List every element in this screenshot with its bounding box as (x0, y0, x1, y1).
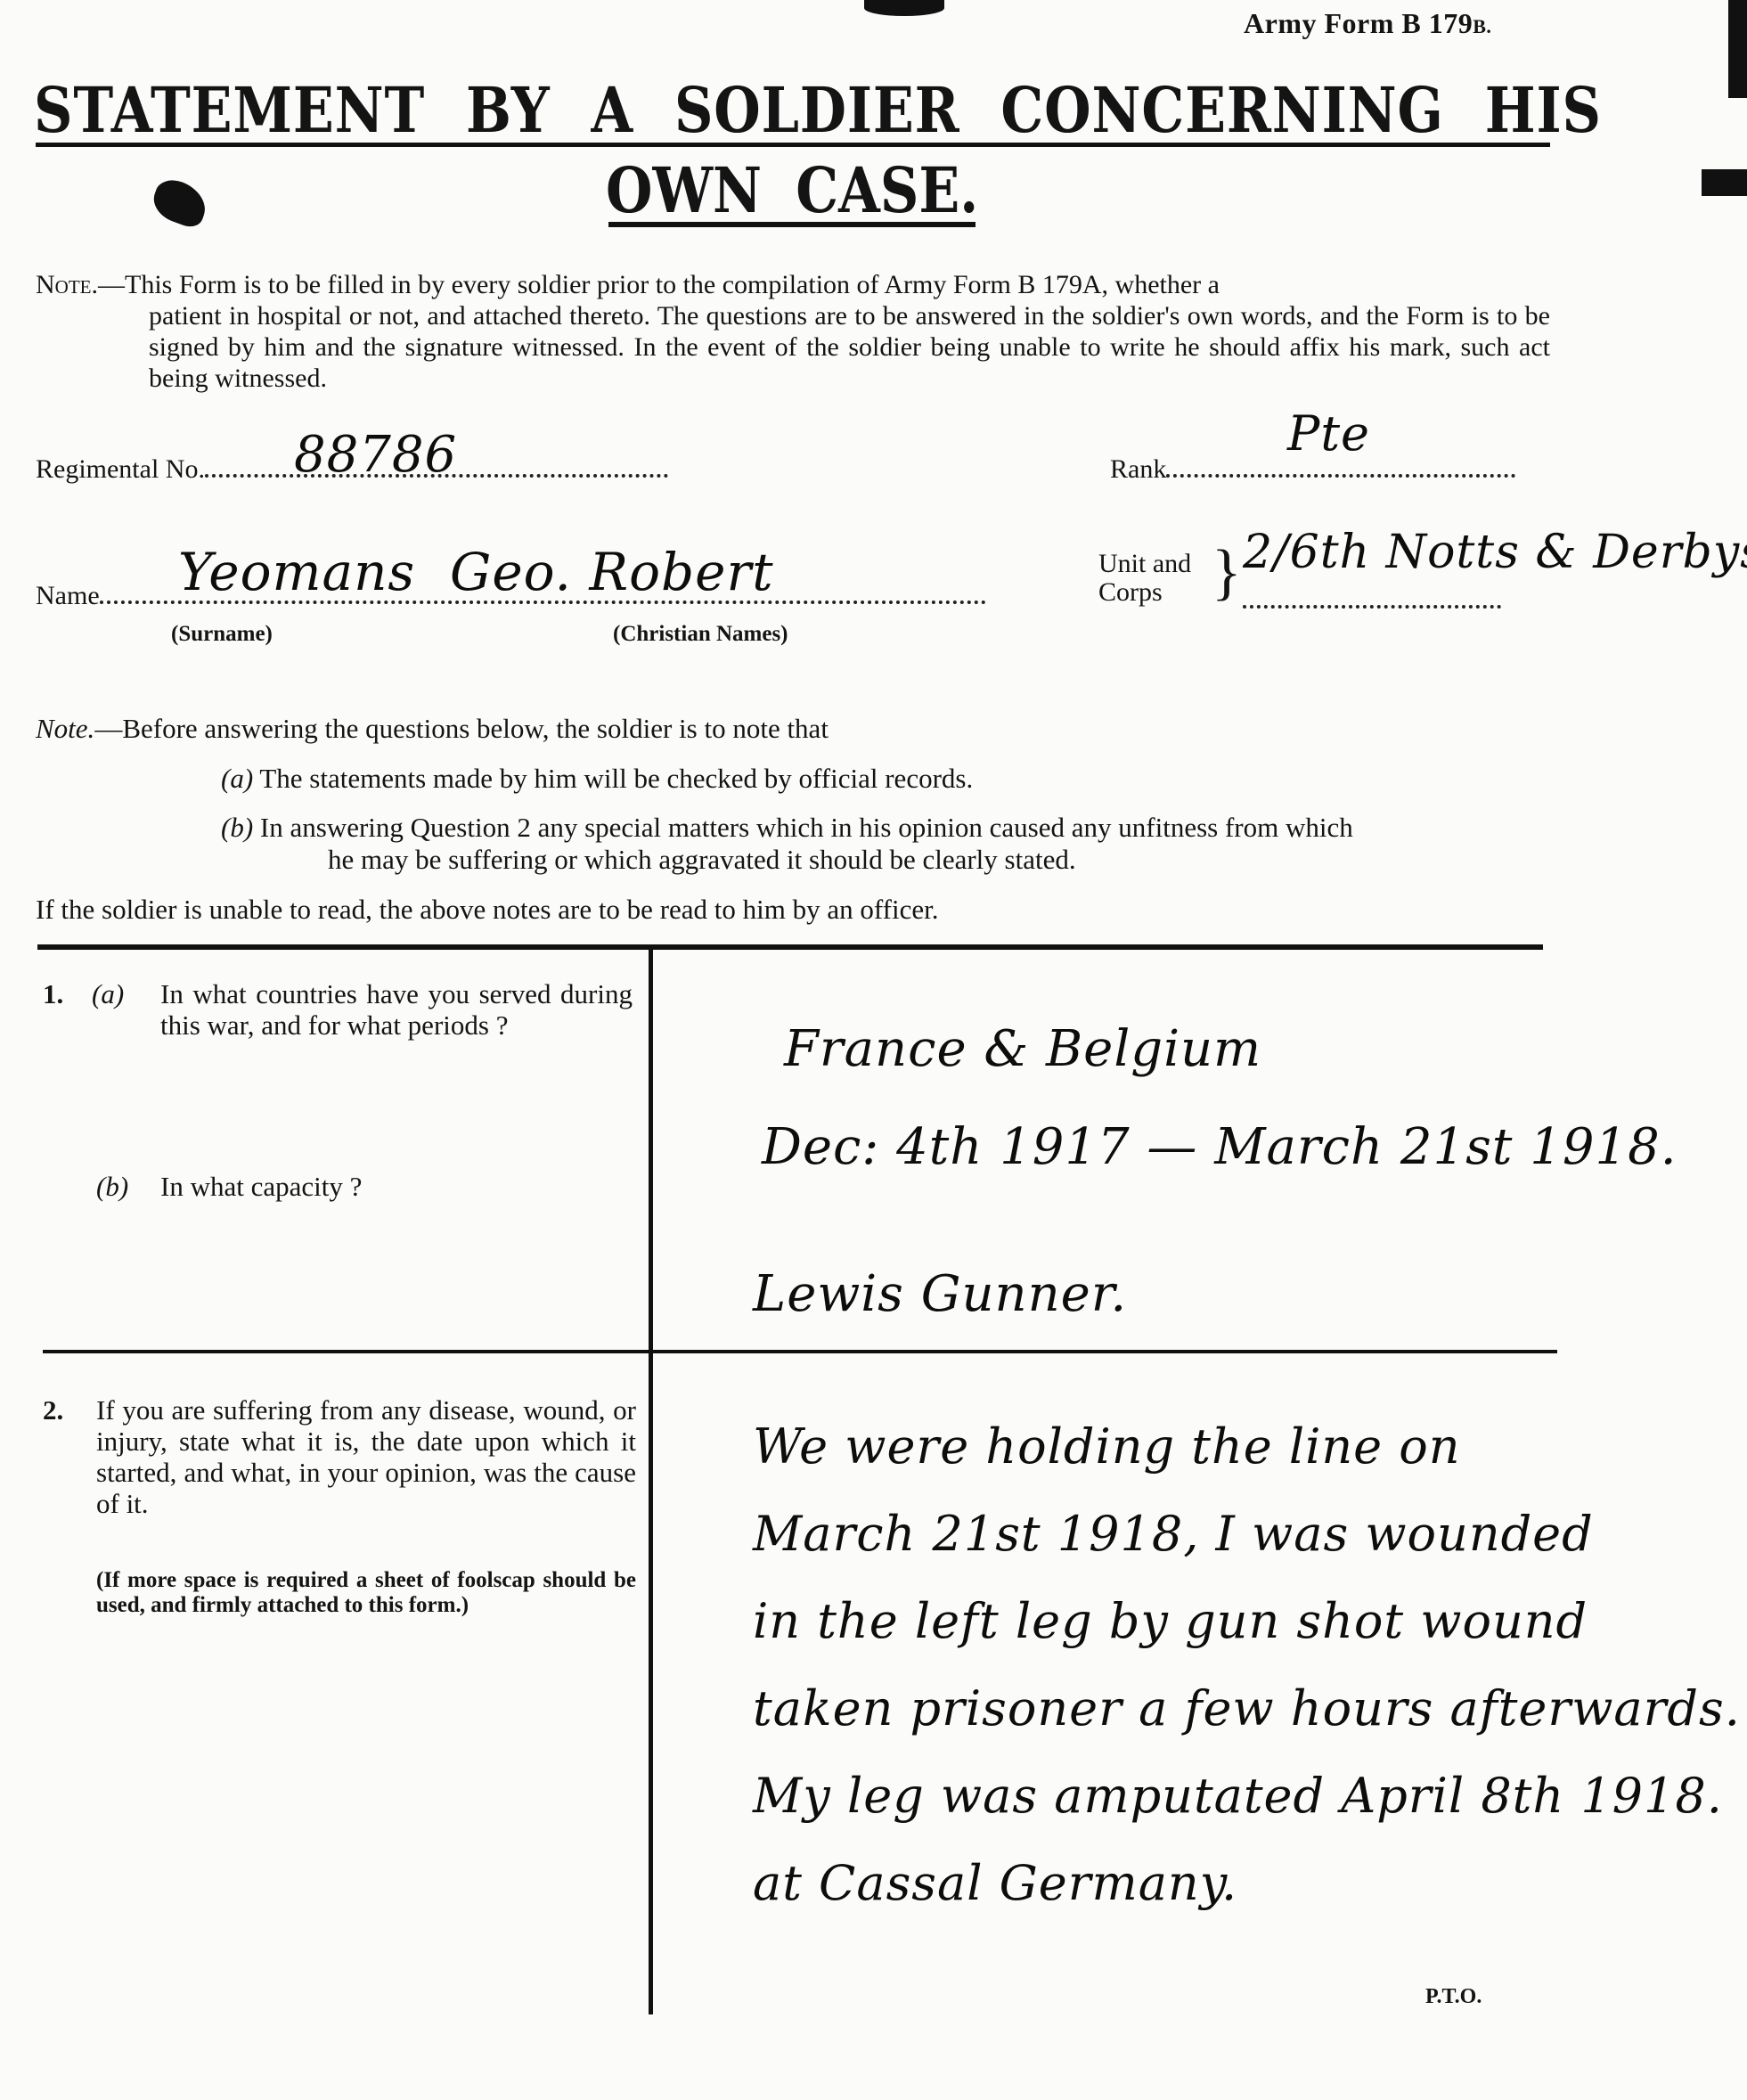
answer-2-line: We were holding the line on (753, 1403, 1741, 1491)
ink-smudge (864, 0, 944, 16)
page-edge-mark (1702, 169, 1747, 196)
pto-marker: P.T.O. (1425, 1985, 1482, 2009)
answer-2-line: My leg was amputated April 8th 1918. (753, 1753, 1741, 1840)
page-edge-mark (1728, 0, 1747, 98)
note-item-b-continued: he may be suffering or which aggravated … (328, 844, 1076, 876)
ink-blot (148, 175, 212, 231)
pre-questions-note: Note.—Before answering the questions bel… (36, 713, 829, 745)
unit-corps-field[interactable] (1243, 597, 1501, 613)
form-number: Army Form B 179B. (1244, 7, 1491, 40)
note-item-b: (b) In answering Question 2 any special … (221, 812, 1353, 844)
title-underline (36, 143, 1550, 147)
read-aloud-note: If the soldier is unable to read, the ab… (36, 894, 938, 926)
question-1a-marker: (a) (92, 978, 124, 1009)
surname-caption: (Surname) (171, 622, 273, 647)
table-top-rule (37, 944, 1543, 950)
answer-1b-capacity[interactable]: Lewis Gunner. (753, 1265, 1127, 1323)
answer-2-line: March 21st 1918, I was wounded (753, 1491, 1741, 1578)
rank-value: Pte (1287, 405, 1370, 462)
instruction-note: Note.—This Form is to be filled in by ev… (36, 269, 1550, 394)
answer-2-line: taken prisoner a few hours afterwards. (753, 1665, 1741, 1753)
brace: } (1212, 542, 1242, 604)
rank-label: Rank (1110, 454, 1166, 484)
regimental-no-label: Regimental No. (36, 454, 205, 484)
title-underline-2 (608, 222, 976, 227)
question-1a-text: In what countries have you served during… (160, 978, 633, 1041)
row-divider (43, 1350, 1557, 1353)
answer-1a-periods[interactable]: Dec: 4th 1917 — March 21st 1918. (762, 1118, 1678, 1176)
surname-value: Yeomans (178, 542, 415, 602)
page-title: STATEMENT BY A SOLDIER CONCERNING HIS (34, 73, 1338, 147)
name-label: Name (36, 581, 100, 610)
note-item-a: (a) The statements made by him will be c… (221, 763, 973, 795)
question-1-number: 1. (43, 978, 63, 1009)
answer-2-line: at Cassal Germany. (753, 1840, 1741, 1927)
christian-names-caption: (Christian Names) (613, 622, 788, 647)
question-1b-marker: (b) (96, 1171, 128, 1202)
answer-2[interactable]: We were holding the line on March 21st 1… (753, 1403, 1741, 1927)
column-divider (649, 947, 653, 2014)
christian-names-value: Geo. Robert (450, 542, 774, 602)
unit-corps-value: 2/6th Notts & Derbys (1243, 526, 1747, 579)
unit-corps-label: Unit and Corps (1098, 550, 1191, 607)
page-title-continued: OWN CASE. (606, 153, 978, 227)
question-2-footnote: (If more space is required a sheet of fo… (96, 1568, 636, 1618)
question-2-text: If you are suffering from any disease, w… (61, 1394, 636, 1519)
answer-2-line: in the left leg by gun shot wound (753, 1578, 1741, 1665)
answer-1a-countries[interactable]: France & Belgium (784, 1020, 1261, 1078)
question-1b-text: In what capacity ? (160, 1171, 362, 1202)
regimental-no-value: 88786 (294, 426, 457, 484)
